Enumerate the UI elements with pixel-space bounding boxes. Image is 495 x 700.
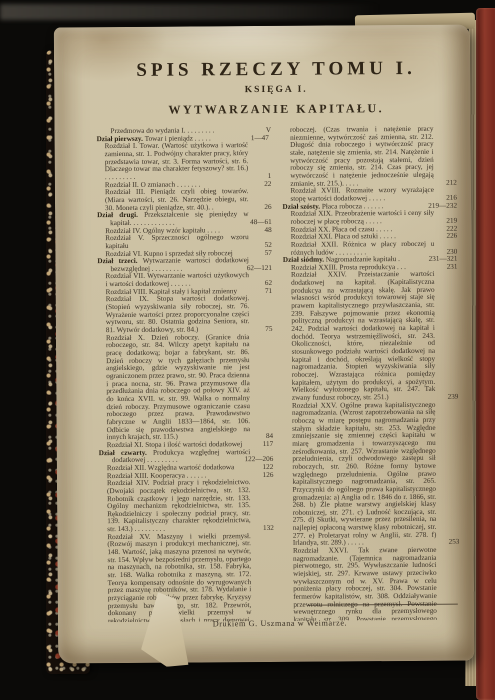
toc-page-number: 226 (446, 233, 457, 241)
toc-entry: Rozdział IX. Stopa wartości dodatkowej. … (98, 295, 273, 334)
toc-entry: Rozdział XXVI. Tak zwane pierwotne nagro… (285, 547, 460, 622)
section-title: WYTWARZANIE KAPITAŁU. (96, 101, 456, 119)
toc-entry: Rozdział XV. Maszyny i wielki przemysł. … (99, 533, 274, 622)
toc-entry: Rozdział VII. Wytwarzanie wartości użytk… (98, 272, 273, 289)
toc-entry: roboczej. (Czas trwania i natężenie prac… (282, 126, 457, 188)
toc-column-left: Przedmowa do wydania I. . . . . . . . .V… (96, 127, 274, 622)
toc-entry: Rozdział XXIV. Przeistaczanie wartości d… (283, 271, 458, 402)
toc-page-number: 71 (265, 288, 272, 296)
toc-entry: Rozdział XIV. Podział pracy i rękodzieln… (99, 479, 274, 534)
toc-entry: Rozdział X. Dzień roboczy. (Granice dnia… (98, 334, 273, 442)
toc-page-number: 26 (264, 204, 271, 212)
background-blur-strip (0, 4, 380, 20)
toc-entry: Dział drugi. Przekształcenie się pienięd… (97, 211, 272, 228)
toc-columns: Przedmowa do wydania I. . . . . . . . .V… (96, 126, 459, 623)
book-page: SPIS RZECZY TOMU I. KSIĘGA I. WYTWARZANI… (54, 25, 474, 664)
toc-entry: Rozdział I. Towar. (Wartość użytkowa i w… (97, 142, 272, 181)
toc-column-right: roboczej. (Czas trwania i natężenie prac… (282, 126, 460, 621)
toc-page-number: 239 (448, 394, 459, 402)
toc-entry: Rozdział V. Sprzeczności ogólnego wzoru … (97, 234, 272, 251)
toc-page-number: 22 (264, 181, 271, 189)
photo-background: { "page": { "title": "SPIS RZECZY TOMU I… (0, 0, 495, 700)
toc-page-number: 117 (263, 441, 274, 449)
toc-page-number: 231 (447, 263, 458, 271)
page-content: SPIS RZECZY TOMU I. KSIĘGA I. WYTWARZANI… (54, 25, 474, 664)
toc-page-number: 48 (264, 226, 271, 234)
toc-page-number: 219—232 (441, 202, 457, 210)
toc-page-number: 126 (263, 471, 274, 479)
toc-entry: Rozdział III. Pieniądz czyli obieg towar… (97, 188, 272, 212)
toc-page-number: 1—47 (264, 135, 271, 143)
book-part-label: KSIĘGA I. (96, 84, 456, 97)
toc-entry: Rozdział XIX. Przeobrażenie wartości i c… (283, 210, 458, 227)
toc-entry: Rozdział XXV. Ogólne prawa kapitalistycz… (284, 401, 460, 548)
toc-page-number: 253 (449, 539, 460, 547)
toc-page-number: 62—121 (260, 265, 272, 273)
toc-page-number: 132 (263, 525, 274, 533)
book-cover-edge (476, 8, 495, 700)
toc-page-number: 212 (446, 179, 457, 187)
heading-group: SPIS RZECZY TOMU I. KSIĘGA I. WYTWARZANI… (96, 59, 456, 119)
toc-page-number: 57 (265, 249, 272, 257)
page-title: SPIS RZECZY TOMU I. (96, 59, 456, 82)
toc-page-number: 75 (265, 326, 272, 334)
